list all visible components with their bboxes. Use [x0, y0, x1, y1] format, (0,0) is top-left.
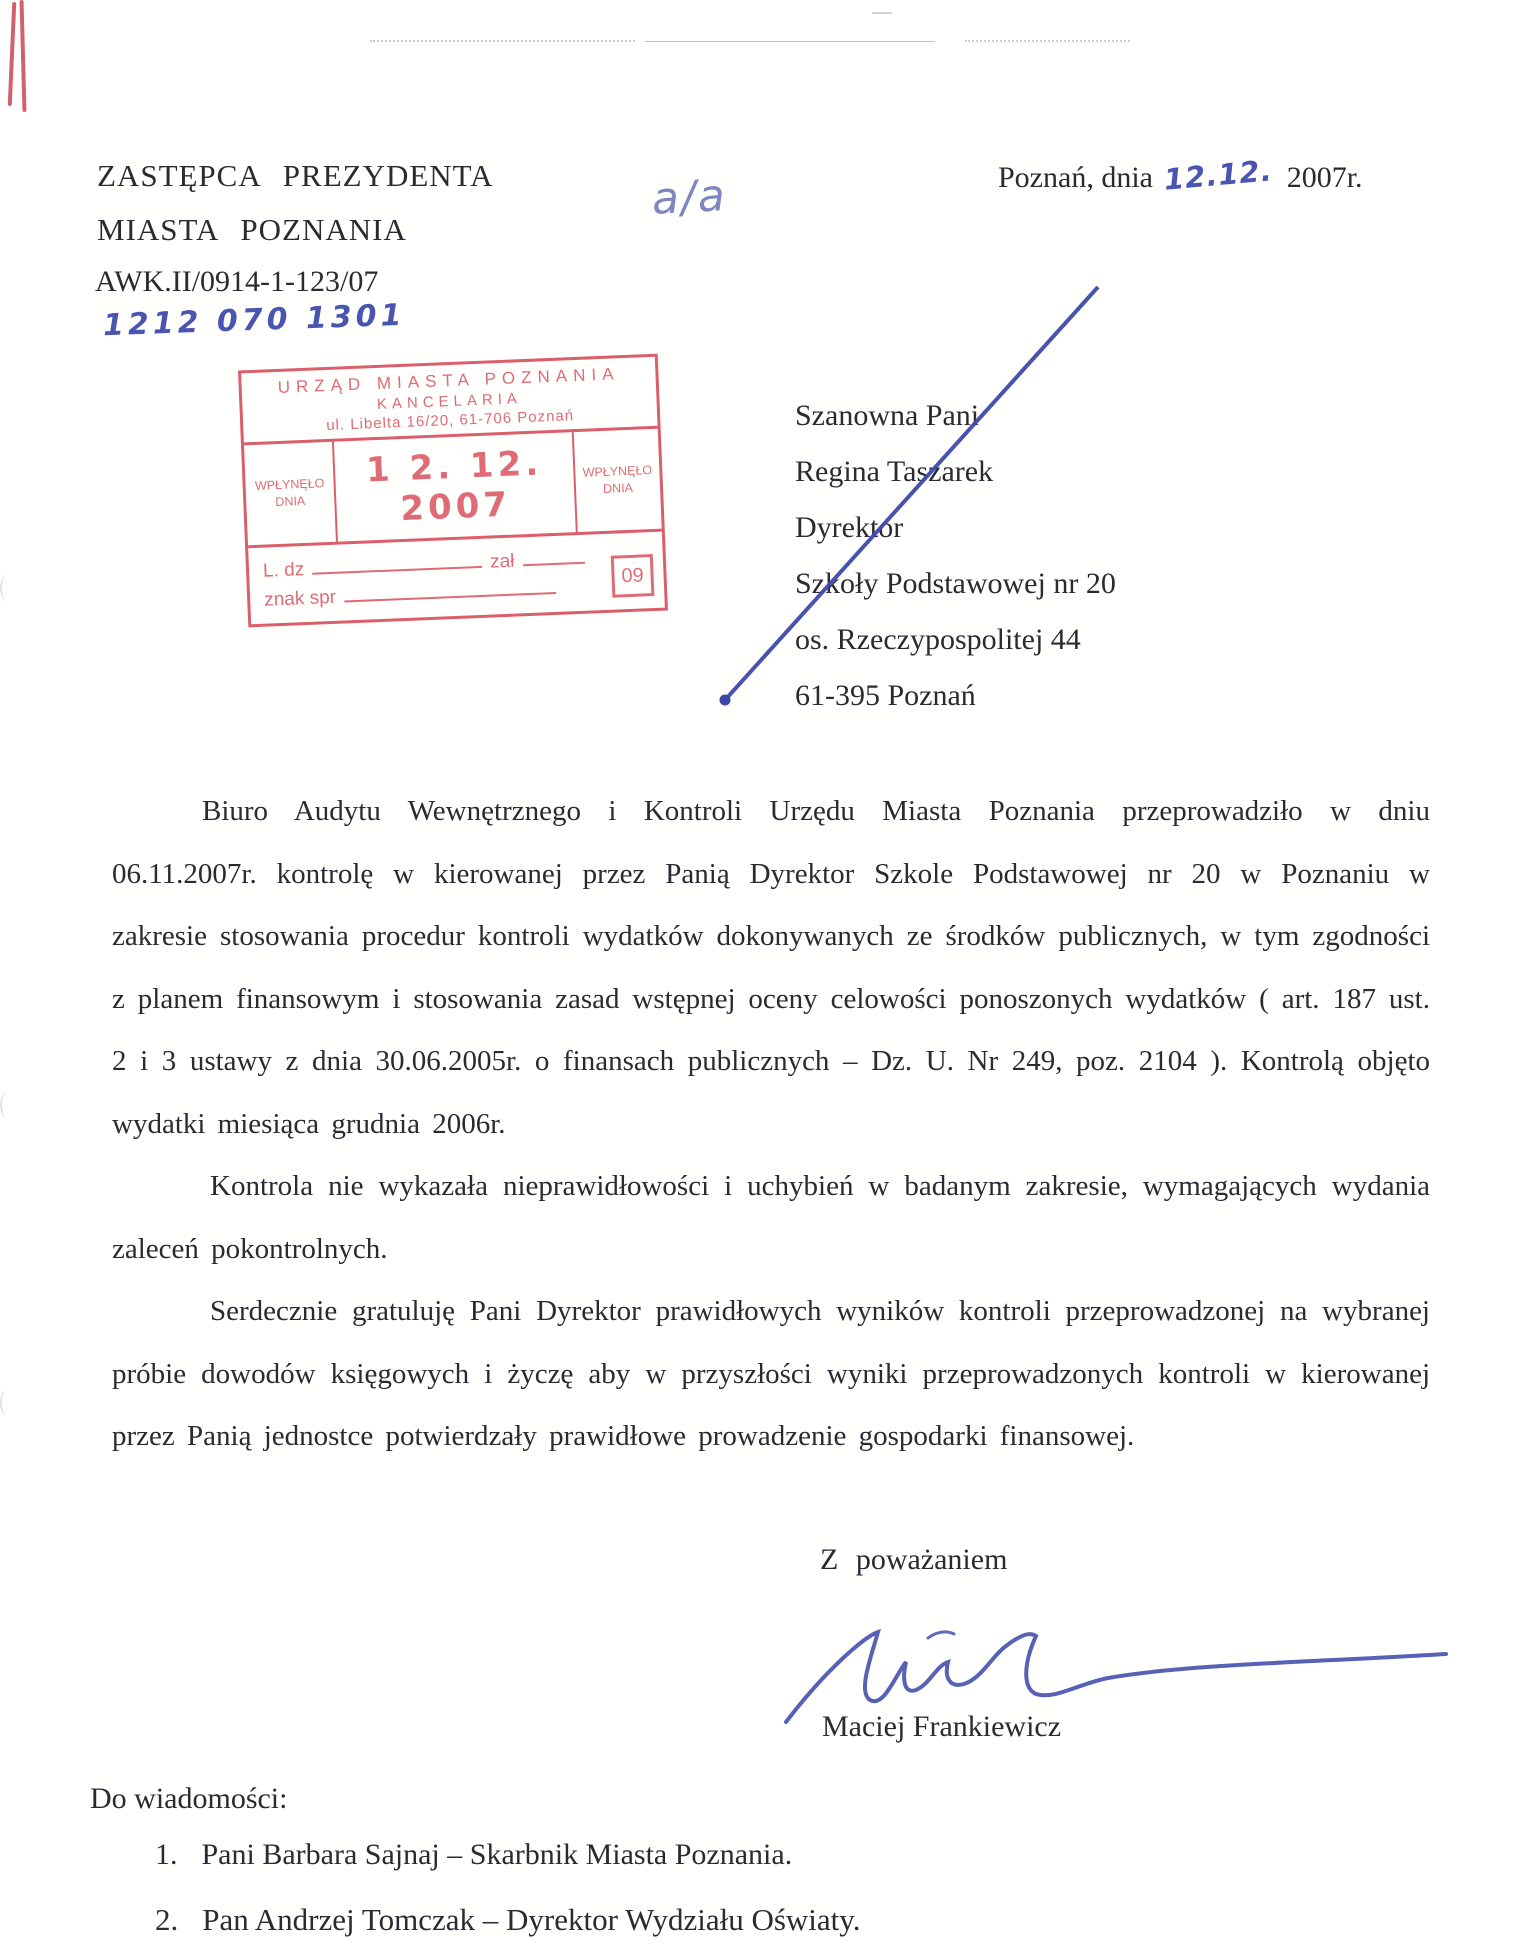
letterhead-title-line1: ZASTĘPCA PREZYDENTA: [97, 158, 494, 194]
recipient-line: Szanowna Pani: [795, 388, 1116, 444]
scan-smudge: [0, 1390, 14, 1416]
blank-line: [522, 545, 585, 567]
handwritten-aa-note: a/a: [651, 170, 728, 225]
stamp-znak-label: znak spr: [264, 587, 337, 611]
stamp-code-box: 09: [611, 554, 655, 598]
handwritten-date: 12.12.: [1163, 153, 1274, 196]
recipient-line: Szkoły Podstawowej nr 20: [795, 556, 1116, 612]
scan-artifact-dash: [965, 40, 1130, 42]
stamp-bottom-row: L. dzzał znak spr 09: [248, 532, 665, 625]
dateline-prefix: Poznań, dnia: [998, 161, 1153, 194]
signer-name: Maciej Frankiewicz: [822, 1710, 1061, 1744]
stamp-zal-label: zał: [490, 551, 515, 573]
body-paragraph-3: Serdecznie gratuluję Pani Dyrektor prawi…: [112, 1280, 1430, 1468]
recipient-line: 61-395 Poznań: [795, 668, 1116, 724]
recipient-address-block: Szanowna Pani Regina Taszarek Dyrektor S…: [795, 388, 1116, 724]
distribution-item-text: Pan Andrzej Tomczak – Dyrektor Wydziału …: [202, 1902, 860, 1938]
recipient-line: os. Rzeczypospolitej 44: [795, 612, 1116, 668]
case-reference-number: AWK.II/0914-1-123/07: [95, 265, 378, 299]
letter-body: Biuro Audytu Wewnętrznego i Kontroli Urz…: [112, 780, 1430, 1468]
closing-salutation: Z poważaniem: [820, 1543, 1007, 1577]
blank-line: [343, 575, 556, 603]
scan-artifact-dash: [645, 41, 935, 42]
body-paragraph-2: Kontrola nie wykazała nieprawidłowości i…: [112, 1155, 1430, 1280]
red-edge-mark: [8, 2, 17, 106]
registry-stamp: URZĄD MIASTA POZNANIA KANCELARIA ul. Lib…: [238, 354, 668, 628]
distribution-item: 2. Pan Andrzej Tomczak – Dyrektor Wydzia…: [155, 1902, 861, 1938]
stamp-ldz-label: L. dz: [263, 559, 305, 582]
stamp-middle-row: WPŁYNĘŁO DNIA 1 2. 12. 2007 WPŁYNĘŁO DNI…: [244, 429, 662, 549]
distribution-item-number: 2.: [155, 1902, 178, 1938]
distribution-item-text: Pani Barbara Sajnaj – Skarbnik Miasta Po…: [202, 1838, 793, 1872]
distribution-title: Do wiadomości:: [90, 1782, 287, 1816]
stamp-date: 1 2. 12. 2007: [334, 432, 576, 541]
scanned-letter-page: ZASTĘPCA PREZYDENTA MIASTA POZNANIA AWK.…: [0, 0, 1535, 1950]
letterhead-title-line2: MIASTA POZNANIA: [97, 212, 407, 248]
dateline: Poznań, dnia 12.12. 2007r.: [998, 160, 1363, 195]
stamp-received-label-right: WPŁYNĘŁO DNIA: [572, 429, 662, 532]
scan-artifact-dash: [872, 12, 892, 14]
scan-artifact-dash: [370, 40, 635, 42]
distribution-item: 1. Pani Barbara Sajnaj – Skarbnik Miasta…: [155, 1838, 792, 1872]
distribution-item-number: 1.: [155, 1838, 178, 1872]
recipient-line: Regina Taszarek: [795, 444, 1116, 500]
handwritten-reference: 1212 070 1301: [102, 298, 406, 344]
recipient-line: Dyrektor: [795, 500, 1116, 556]
body-paragraph-1: Biuro Audytu Wewnętrznego i Kontroli Urz…: [112, 780, 1430, 1155]
scan-smudge: [0, 575, 14, 601]
scan-smudge: [0, 1092, 14, 1118]
dateline-suffix: 2007r.: [1287, 161, 1363, 194]
stamp-received-label-left: WPŁYNĘŁO DNIA: [244, 442, 338, 546]
red-edge-mark: [20, 0, 27, 112]
blank-line: [312, 549, 483, 575]
